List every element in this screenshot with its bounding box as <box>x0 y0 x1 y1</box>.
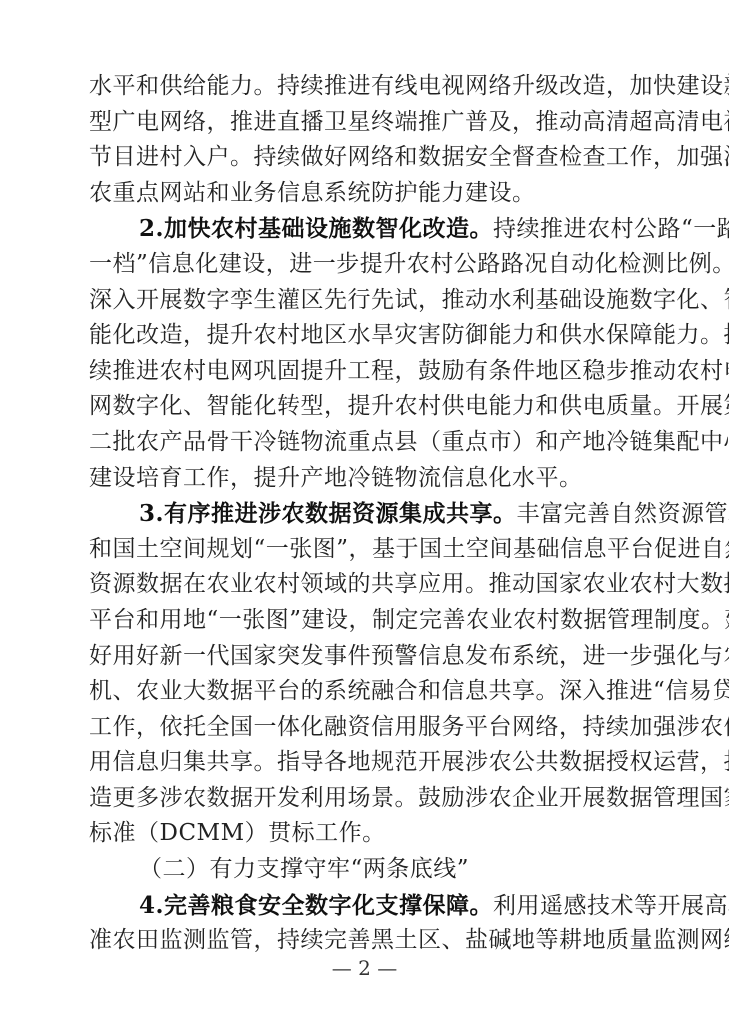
paragraph-3-first-line: 3.有序推进涉农数据资源集成共享。丰富完善自然资源管理 <box>89 496 645 532</box>
text-line: 准农田监测监管，持续完善黑土区、盐碱地等耕地质量监测网络。 <box>89 923 645 959</box>
text-line: 用信息归集共享。指导各地规范开展涉农公共数据授权运营，打 <box>89 745 645 781</box>
text-line: 平台和用地“一张图”建设，制定完善农业农村数据管理制度。建 <box>89 603 645 639</box>
text-run: 丰富完善自然资源管理 <box>517 501 729 527</box>
text-line: 一档”信息化建设，进一步提升农村公路路况自动化检测比例。 <box>89 247 645 283</box>
text-line: 二批农产品骨干冷链物流重点县（重点市）和产地冷链集配中心 <box>89 425 645 461</box>
section-heading-2: 2.加快农村基础设施数智化改造。 <box>139 215 493 242</box>
subsection-heading: （二）有力支撑守牢“两条底线” <box>89 852 645 888</box>
paragraph-4-first-line: 4.完善粮食安全数字化支撑保障。利用遥感技术等开展高标 <box>89 888 645 924</box>
text-line: 工作，依托全国一体化融资信用服务平台网络，持续加强涉农信 <box>89 710 645 746</box>
text-line: 节目进村入户。持续做好网络和数据安全督查检查工作，加强涉 <box>89 140 645 176</box>
section-heading-3: 3.有序推进涉农数据资源集成共享。 <box>139 500 517 527</box>
text-line: 资源数据在农业农村领域的共享应用。推动国家农业农村大数据 <box>89 567 645 603</box>
text-line: 能化改造，提升农村地区水旱灾害防御能力和供水保障能力。持 <box>89 318 645 354</box>
text-line: 建设培育工作，提升产地冷链物流信息化水平。 <box>89 461 645 497</box>
text-line: 水平和供给能力。持续推进有线电视网络升级改造，加快建设新 <box>89 69 645 105</box>
text-line: 网数字化、智能化转型，提升农村供电能力和供电质量。开展第 <box>89 389 645 425</box>
page-number: — 2 — <box>0 956 729 980</box>
text-line: 造更多涉农数据开发利用场景。鼓励涉农企业开展数据管理国家 <box>89 781 645 817</box>
paragraph-2-first-line: 2.加快农村基础设施数智化改造。持续推进农村公路“一路 <box>89 211 645 247</box>
text-line: 型广电网络，推进直播卫星终端推广普及，推动高清超高清电视 <box>89 105 645 141</box>
text-line: 农重点网站和业务信息系统防护能力建设。 <box>89 176 645 212</box>
text-run: 利用遥感技术等开展高标 <box>493 893 729 919</box>
text-run: 持续推进农村公路“一路 <box>493 216 729 242</box>
text-line: 续推进农村电网巩固提升工程，鼓励有条件地区稳步推动农村电 <box>89 354 645 390</box>
section-heading-4: 4.完善粮食安全数字化支撑保障。 <box>139 892 493 919</box>
document-page: 水平和供给能力。持续推进有线电视网络升级改造，加快建设新 型广电网络，推进直播卫… <box>89 69 645 959</box>
text-line: 深入开展数字孪生灌区先行先试，推动水利基础设施数字化、智 <box>89 283 645 319</box>
text-line: 标准（DCMM）贯标工作。 <box>89 816 645 852</box>
text-line: 好用好新一代国家突发事件预警信息发布系统，进一步强化与农 <box>89 639 645 675</box>
text-line: 机、农业大数据平台的系统融合和信息共享。深入推进“信易贷” <box>89 674 645 710</box>
text-line: 和国土空间规划“一张图”，基于国土空间基础信息平台促进自然 <box>89 532 645 568</box>
